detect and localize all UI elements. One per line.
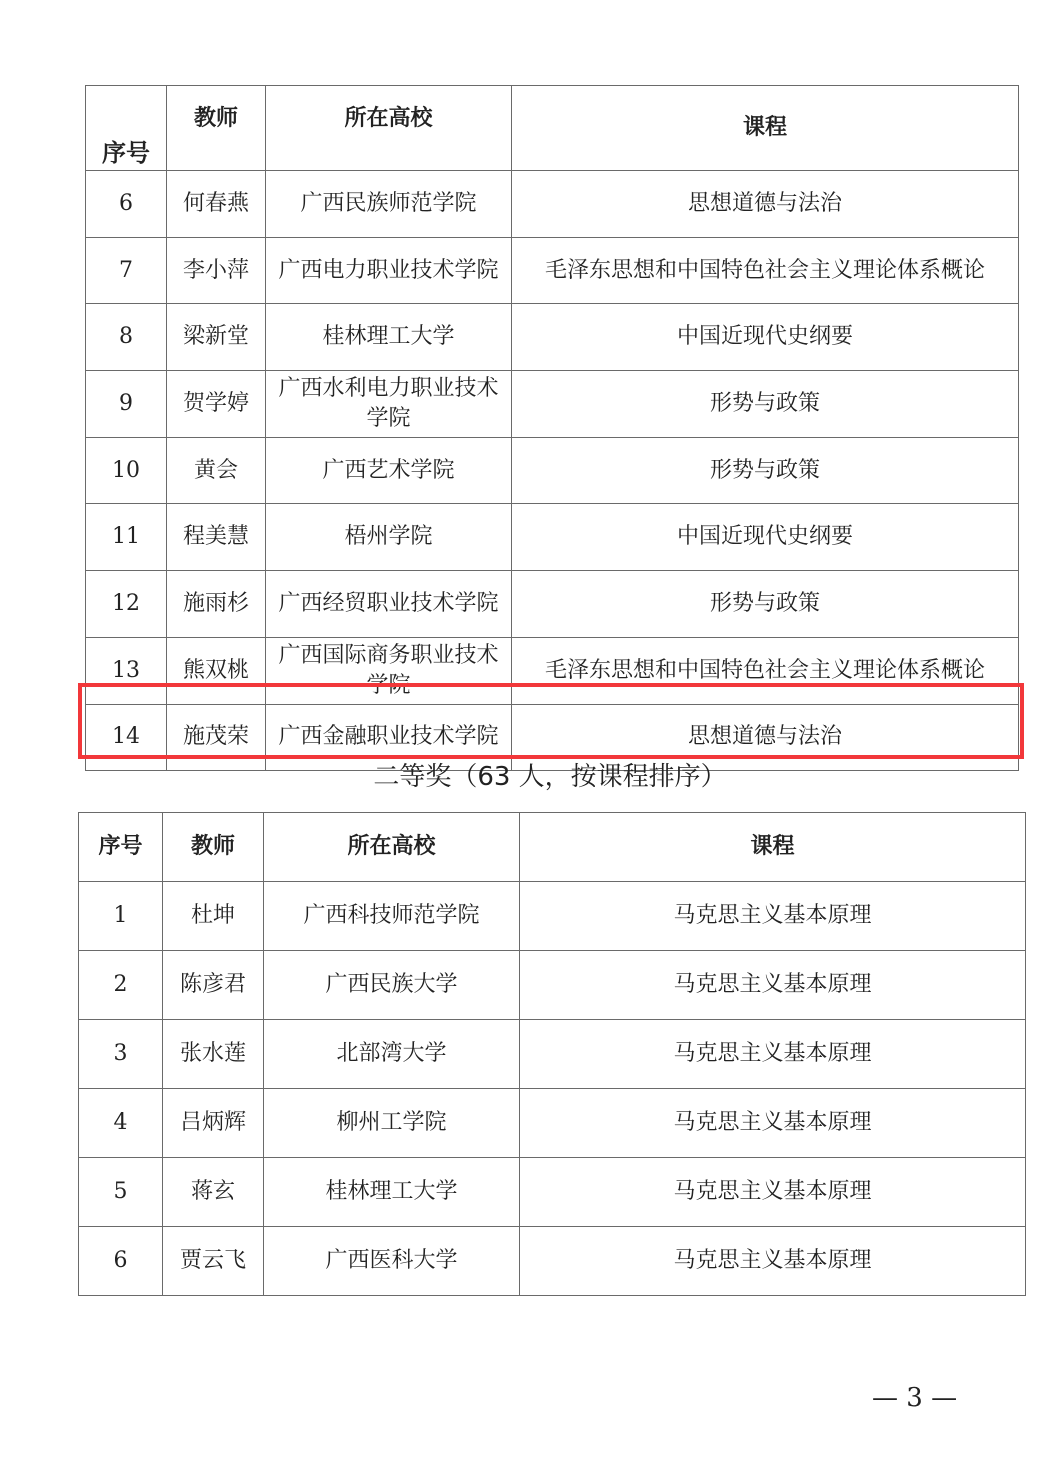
- table-row: 4吕炳辉柳州工学院马克思主义基本原理: [79, 1089, 1026, 1158]
- cell-teacher: 李小萍: [167, 237, 266, 304]
- cell-teacher: 张水莲: [163, 1020, 264, 1089]
- cell-teacher: 熊双桃: [167, 637, 266, 704]
- cell-course: 毛泽东思想和中国特色社会主义理论体系概论: [512, 237, 1019, 304]
- table-header-row: 序号 教师 所在高校 课程: [79, 813, 1026, 882]
- header-school: 所在高校: [266, 86, 512, 171]
- cell-no: 9: [86, 371, 167, 438]
- cell-school: 广西水利电力职业技术学院: [266, 371, 512, 438]
- table-row: 6贾云飞广西医科大学马克思主义基本原理: [79, 1227, 1026, 1296]
- table-row: 2陈彦君广西民族大学马克思主义基本原理: [79, 951, 1026, 1020]
- cell-teacher: 吕炳辉: [163, 1089, 264, 1158]
- cell-teacher: 黄会: [167, 437, 266, 504]
- cell-school: 广西民族师范学院: [266, 171, 512, 238]
- cell-school: 柳州工学院: [264, 1089, 520, 1158]
- cell-school: 广西民族大学: [264, 951, 520, 1020]
- cell-no: 5: [79, 1158, 163, 1227]
- cell-school: 桂林理工大学: [266, 304, 512, 371]
- cell-course: 马克思主义基本原理: [520, 1089, 1026, 1158]
- cell-no: 10: [86, 437, 167, 504]
- cell-school: 广西国际商务职业技术学院: [266, 637, 512, 704]
- cell-no: 12: [86, 571, 167, 638]
- cell-teacher: 杜坤: [163, 882, 264, 951]
- cell-school: 广西医科大学: [264, 1227, 520, 1296]
- cell-course: 形势与政策: [512, 437, 1019, 504]
- table-row: 12施雨杉广西经贸职业技术学院形势与政策: [86, 571, 1019, 638]
- table-header-row: 序号 教师 所在高校 课程: [86, 86, 1019, 171]
- table-row: 10黄会广西艺术学院形势与政策: [86, 437, 1019, 504]
- cell-course: 形势与政策: [512, 371, 1019, 438]
- second-prize-table: 序号 教师 所在高校 课程 1杜坤广西科技师范学院马克思主义基本原理 2陈彦君广…: [78, 812, 1026, 1296]
- table-row: 11程美慧梧州学院中国近现代史纲要: [86, 504, 1019, 571]
- cell-school: 桂林理工大学: [264, 1158, 520, 1227]
- table-row: 13熊双桃广西国际商务职业技术学院毛泽东思想和中国特色社会主义理论体系概论: [86, 637, 1019, 704]
- header-seq: 序号: [79, 813, 163, 882]
- cell-no: 8: [86, 304, 167, 371]
- cell-course: 马克思主义基本原理: [520, 1020, 1026, 1089]
- cell-teacher: 程美慧: [167, 504, 266, 571]
- table-row: 1杜坤广西科技师范学院马克思主义基本原理: [79, 882, 1026, 951]
- table-row: 3张水莲北部湾大学马克思主义基本原理: [79, 1020, 1026, 1089]
- cell-teacher: 施雨杉: [167, 571, 266, 638]
- cell-teacher: 蒋玄: [163, 1158, 264, 1227]
- table-row: 6何春燕广西民族师范学院思想道德与法治: [86, 171, 1019, 238]
- header-teacher: 教师: [167, 86, 266, 171]
- cell-school: 梧州学院: [266, 504, 512, 571]
- cell-course: 马克思主义基本原理: [520, 1158, 1026, 1227]
- header-course: 课程: [520, 813, 1026, 882]
- table-row: 5蒋玄桂林理工大学马克思主义基本原理: [79, 1158, 1026, 1227]
- cell-course: 形势与政策: [512, 571, 1019, 638]
- cell-no: 6: [86, 171, 167, 238]
- table-row: 7李小萍广西电力职业技术学院毛泽东思想和中国特色社会主义理论体系概论: [86, 237, 1019, 304]
- cell-no: 11: [86, 504, 167, 571]
- cell-school: 广西科技师范学院: [264, 882, 520, 951]
- cell-course: 马克思主义基本原理: [520, 882, 1026, 951]
- cell-teacher: 梁新堂: [167, 304, 266, 371]
- page-number: — 3 —: [872, 1383, 957, 1413]
- table-row: 9贺学婷广西水利电力职业技术学院形势与政策: [86, 371, 1019, 438]
- header-teacher: 教师: [163, 813, 264, 882]
- cell-course: 思想道德与法治: [512, 171, 1019, 238]
- cell-course: 马克思主义基本原理: [520, 951, 1026, 1020]
- section-title: 二等奖（63 人，按课程排序）: [0, 756, 1055, 793]
- cell-teacher: 贺学婷: [167, 371, 266, 438]
- cell-no: 13: [86, 637, 167, 704]
- cell-course: 中国近现代史纲要: [512, 504, 1019, 571]
- cell-no: 6: [79, 1227, 163, 1296]
- first-prize-table: 序号 教师 所在高校 课程 6何春燕广西民族师范学院思想道德与法治 7李小萍广西…: [85, 85, 1019, 771]
- cell-school: 广西经贸职业技术学院: [266, 571, 512, 638]
- cell-no: 4: [79, 1089, 163, 1158]
- header-course: 课程: [512, 86, 1019, 171]
- cell-course: 马克思主义基本原理: [520, 1227, 1026, 1296]
- cell-course: 中国近现代史纲要: [512, 304, 1019, 371]
- cell-no: 2: [79, 951, 163, 1020]
- cell-course: 毛泽东思想和中国特色社会主义理论体系概论: [512, 637, 1019, 704]
- cell-teacher: 陈彦君: [163, 951, 264, 1020]
- cell-school: 广西电力职业技术学院: [266, 237, 512, 304]
- cell-no: 1: [79, 882, 163, 951]
- table-row: 8梁新堂桂林理工大学中国近现代史纲要: [86, 304, 1019, 371]
- cell-no: 3: [79, 1020, 163, 1089]
- header-seq: 序号: [86, 86, 167, 171]
- cell-teacher: 贾云飞: [163, 1227, 264, 1296]
- cell-teacher: 何春燕: [167, 171, 266, 238]
- header-school: 所在高校: [264, 813, 520, 882]
- cell-school: 北部湾大学: [264, 1020, 520, 1089]
- cell-school: 广西艺术学院: [266, 437, 512, 504]
- cell-no: 7: [86, 237, 167, 304]
